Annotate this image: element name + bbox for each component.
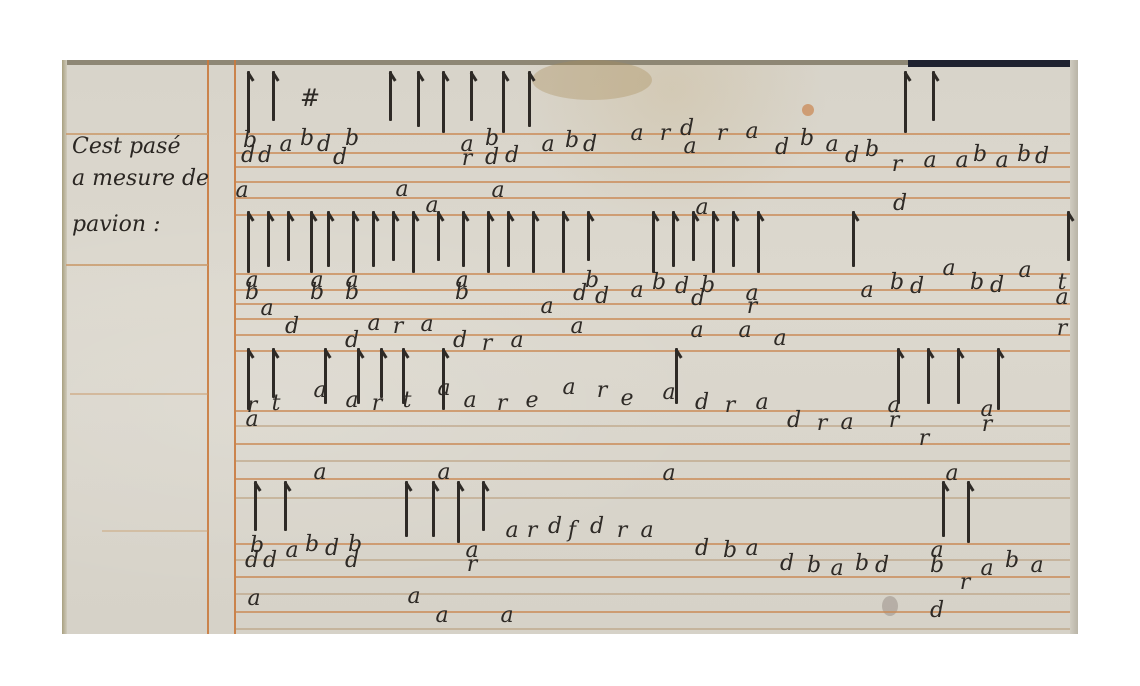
rhythm-flag — [1067, 211, 1070, 261]
rhythm-flag — [272, 71, 275, 121]
staff-line — [236, 628, 1070, 630]
tab-letter: t — [403, 390, 412, 412]
tab-letter: r — [982, 414, 993, 436]
rhythm-flag — [327, 211, 330, 267]
rhythm-flag — [942, 481, 945, 537]
tab-letter: a — [420, 314, 433, 336]
tab-letter: a — [313, 462, 326, 484]
tab-letter: e — [525, 390, 538, 412]
tab-letter: d — [780, 553, 794, 575]
page-right-edge — [1070, 60, 1078, 634]
staff-line — [236, 559, 1070, 561]
tab-letter: a — [640, 520, 653, 542]
rhythm-flag — [587, 211, 590, 261]
tab-letter: r — [597, 380, 608, 402]
rhythm-flag — [392, 211, 395, 261]
tab-letter: b — [890, 272, 904, 294]
staff-line — [236, 611, 1070, 613]
rhythm-flag — [254, 481, 257, 531]
rhythm-flag — [462, 211, 465, 267]
tab-letter: b — [652, 272, 666, 294]
smudge — [882, 596, 898, 616]
rhythm-flag — [852, 211, 855, 267]
paper-stain — [532, 60, 652, 100]
tab-letter: a — [745, 121, 758, 143]
tab-letter: r — [527, 520, 538, 542]
tab-letter: a — [345, 390, 358, 412]
tab-letter: a — [562, 377, 575, 399]
tab-letter: b — [970, 272, 984, 294]
tab-letter: r — [1057, 318, 1068, 340]
title-line-3: pavion : — [72, 212, 160, 237]
tab-letter: b — [305, 534, 319, 556]
title-line-1: Cest pasé — [72, 134, 181, 159]
tab-letter: a — [683, 136, 696, 158]
tab-letter: d — [595, 286, 609, 308]
binding-edge — [908, 60, 1078, 67]
tab-letter: d — [695, 538, 709, 560]
tab-letter: e — [620, 388, 633, 410]
tab-letter: b — [345, 282, 359, 304]
staff-line — [236, 181, 1070, 183]
tab-letter: a — [437, 462, 450, 484]
margin-rule-left — [207, 60, 209, 634]
rhythm-flag — [967, 481, 970, 543]
rhythm-flag — [652, 211, 655, 273]
tab-letter: r — [960, 572, 971, 594]
tab-letter: a — [738, 320, 751, 342]
tab-letter: r — [889, 410, 900, 432]
tab-letter: d — [910, 276, 924, 298]
tab-letter: a — [1055, 287, 1068, 309]
rhythm-flag — [502, 71, 505, 133]
rhythm-flag — [507, 211, 510, 267]
rhythm-flag — [405, 481, 408, 537]
rhythm-flag — [432, 481, 435, 537]
tab-letter: a — [662, 382, 675, 404]
tab-letter: r — [892, 154, 903, 176]
tab-letter: a — [773, 328, 786, 350]
rhythm-flag — [957, 348, 960, 404]
crossed-lines-mark: # — [300, 84, 317, 112]
tab-letter: d — [453, 330, 467, 352]
rhythm-flag — [672, 211, 675, 267]
rhythm-flag — [532, 211, 535, 273]
tab-letter: a — [945, 463, 958, 485]
margin-hline — [102, 530, 208, 532]
tab-letter: d — [930, 600, 944, 622]
rhythm-flag — [247, 211, 250, 273]
tab-letter: d — [573, 283, 587, 305]
tab-letter: r — [393, 316, 404, 338]
tab-letter: r — [372, 393, 383, 415]
tab-letter: a — [407, 586, 420, 608]
margin-hline — [70, 393, 208, 395]
tab-letter: a — [235, 180, 248, 202]
rhythm-flag — [932, 71, 935, 121]
tab-letter: a — [435, 605, 448, 627]
tab-letter: a — [1018, 260, 1031, 282]
rhythm-flag — [442, 71, 445, 133]
staff-line — [236, 410, 1070, 412]
tab-letter: b — [865, 139, 879, 161]
staff-line — [236, 152, 1070, 154]
tab-letter: d — [590, 516, 604, 538]
tab-letter: a — [463, 390, 476, 412]
rhythm-flag — [470, 71, 473, 121]
rhythm-flag — [927, 348, 930, 404]
tab-letter: d — [245, 550, 259, 572]
tab-letter: a — [695, 197, 708, 219]
rhythm-flag — [352, 211, 355, 273]
tab-letter: a — [690, 320, 703, 342]
tab-letter: d — [485, 147, 499, 169]
rhythm-flag — [487, 211, 490, 273]
rhythm-flag — [267, 211, 270, 267]
tab-letter: r — [817, 413, 828, 435]
tab-letter: b — [310, 282, 324, 304]
tab-letter: a — [630, 280, 643, 302]
tab-letter: a — [745, 538, 758, 560]
tab-letter: d — [285, 316, 299, 338]
tab-letter: r — [725, 395, 736, 417]
rhythm-flag — [904, 71, 907, 133]
manuscript-page: Cest pasé a mesure de pavion : # bddabdb… — [62, 60, 1078, 634]
rhythm-flag — [372, 211, 375, 267]
tab-letter: a — [995, 150, 1008, 172]
tab-letter: a — [247, 588, 260, 610]
tab-letter: d — [345, 550, 359, 572]
tab-letter: b — [723, 540, 737, 562]
tab-letter: a — [541, 134, 554, 156]
tab-letter: a — [1030, 555, 1043, 577]
rhythm-flag — [712, 211, 715, 273]
tab-letter: r — [462, 148, 473, 170]
tab-letter: a — [955, 150, 968, 172]
rhythm-flag — [757, 211, 760, 273]
tab-letter: b — [973, 144, 987, 166]
rhythm-flag — [482, 481, 485, 531]
tab-letter: b — [300, 128, 314, 150]
rhythm-flag — [412, 211, 415, 273]
tab-letter: d — [548, 516, 562, 538]
tab-letter: d — [875, 555, 889, 577]
staff-line — [236, 133, 1070, 135]
tab-letter: b — [1017, 144, 1031, 166]
tab-letter: r — [747, 296, 758, 318]
tab-letter: d — [1035, 146, 1049, 168]
rhythm-flag — [389, 71, 392, 121]
tab-letter: b — [345, 128, 359, 150]
tab-letter: b — [930, 555, 944, 577]
tab-letter: r — [497, 393, 508, 415]
staff-line — [236, 334, 1070, 336]
ink-spot — [802, 104, 814, 116]
tab-letter: d — [583, 134, 597, 156]
tab-letter: a — [285, 540, 298, 562]
page-left-edge — [62, 60, 67, 634]
tab-letter: b — [565, 130, 579, 152]
rhythm-flag — [287, 211, 290, 261]
tab-letter: b — [855, 553, 869, 575]
tab-letter: r — [919, 428, 930, 450]
tab-letter: d — [263, 550, 277, 572]
tab-letter: f — [568, 520, 576, 542]
tab-letter: d — [241, 145, 255, 167]
tab-letter: t — [272, 393, 281, 415]
tab-letter: a — [755, 392, 768, 414]
tab-letter: a — [980, 558, 993, 580]
tab-letter: d — [695, 392, 709, 414]
tab-letter: r — [617, 520, 628, 542]
tab-letter: d — [325, 538, 339, 560]
tab-letter: d — [845, 145, 859, 167]
tab-letter: a — [491, 180, 504, 202]
tab-letter: d — [258, 145, 272, 167]
rhythm-flag — [437, 211, 440, 261]
tab-letter: r — [717, 123, 728, 145]
tab-letter: a — [367, 313, 380, 335]
tab-letter: d — [505, 145, 519, 167]
staff-line — [236, 318, 1070, 320]
tab-letter: d — [317, 134, 331, 156]
tab-letter: a — [830, 558, 843, 580]
tab-letter: d — [675, 276, 689, 298]
tab-letter: a — [860, 280, 873, 302]
tab-letter: a — [260, 298, 273, 320]
tab-letter: r — [467, 554, 478, 576]
title-line-2: a mesure de — [72, 166, 209, 191]
tab-letter: b — [800, 128, 814, 150]
margin-rule-right — [234, 60, 236, 634]
tab-letter: a — [279, 134, 292, 156]
tab-letter: a — [840, 412, 853, 434]
tab-letter: a — [510, 330, 523, 352]
staff-line — [236, 166, 1070, 168]
tab-letter: d — [691, 288, 705, 310]
rhythm-flag — [284, 481, 287, 531]
tab-letter: a — [662, 463, 675, 485]
tab-letter: r — [660, 123, 671, 145]
staff-line — [236, 443, 1070, 445]
staff-line — [236, 425, 1070, 427]
tab-letter: a — [313, 380, 326, 402]
tab-letter: b — [807, 555, 821, 577]
staff-line — [236, 576, 1070, 578]
tab-letter: a — [505, 520, 518, 542]
tab-letter: a — [942, 258, 955, 280]
rhythm-flag — [310, 211, 313, 273]
tab-letter: a — [500, 605, 513, 627]
rhythm-flag — [562, 211, 565, 273]
tab-letter: b — [245, 282, 259, 304]
tab-letter: a — [825, 134, 838, 156]
staff-line — [236, 593, 1070, 595]
tab-letter: d — [893, 193, 907, 215]
tab-letter: a — [540, 296, 553, 318]
tab-letter: d — [990, 275, 1004, 297]
rhythm-flag — [997, 348, 1000, 410]
staff-line — [236, 303, 1070, 305]
tab-letter: b — [455, 282, 469, 304]
tab-letter: a — [923, 150, 936, 172]
tab-letter: d — [787, 410, 801, 432]
tab-letter: d — [775, 137, 789, 159]
rhythm-flag — [528, 71, 531, 127]
rhythm-flag — [732, 211, 735, 267]
rhythm-flag — [692, 211, 695, 261]
tab-letter: a — [395, 179, 408, 201]
tab-letter: a — [245, 409, 258, 431]
staff-line — [236, 197, 1070, 199]
tab-letter: b — [1005, 550, 1019, 572]
tab-letter: r — [482, 333, 493, 355]
rhythm-flag — [247, 71, 250, 133]
tab-letter: a — [570, 316, 583, 338]
tab-letter: d — [333, 147, 347, 169]
tab-letter: a — [437, 378, 450, 400]
rhythm-flag — [417, 71, 420, 127]
tab-letter: a — [630, 123, 643, 145]
rhythm-flag — [457, 481, 460, 543]
margin-hline — [66, 264, 208, 266]
